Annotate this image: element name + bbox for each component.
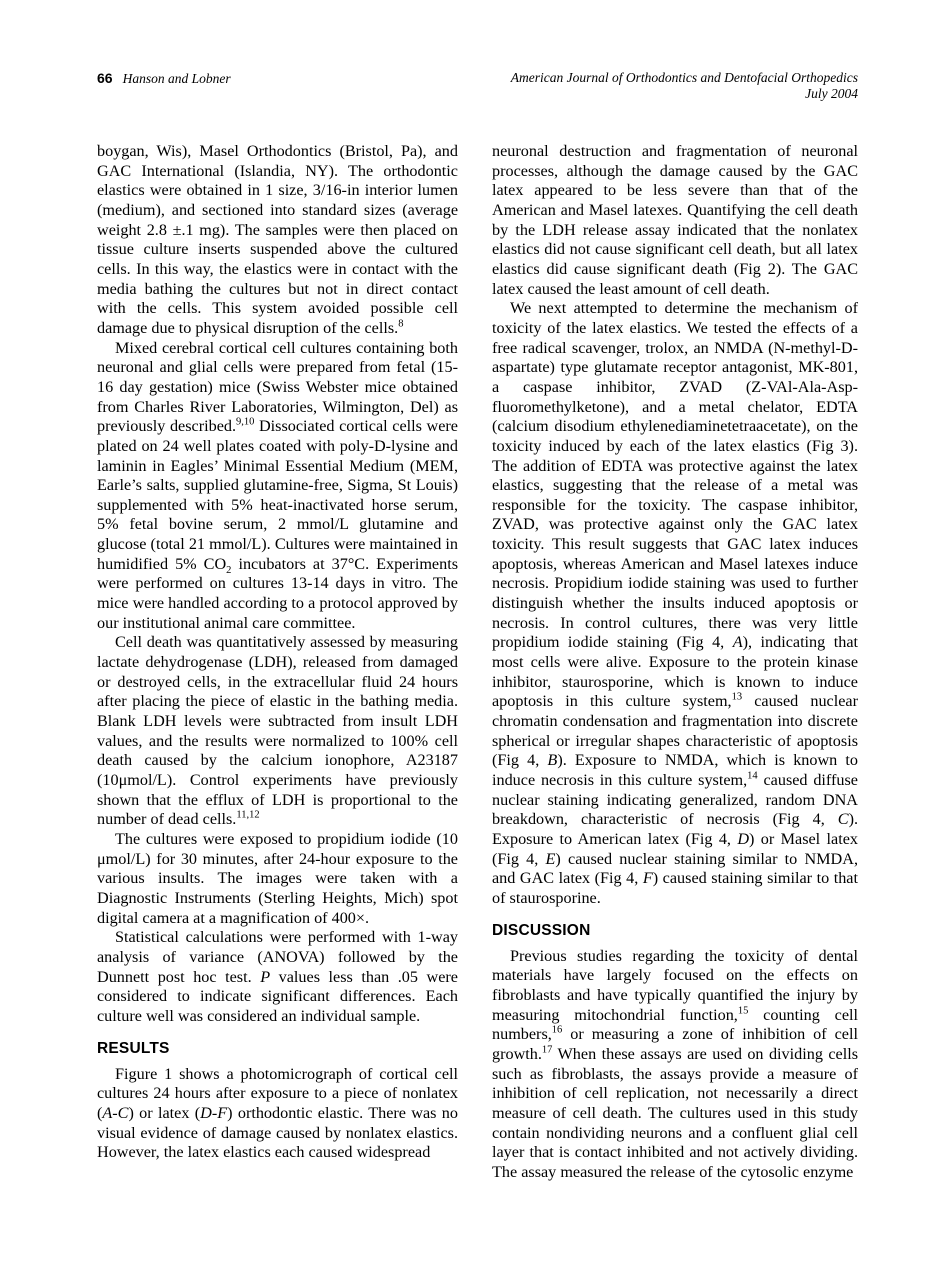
text-segment-sup: 16 (552, 1025, 563, 1036)
paragraph: Previous studies regarding the toxicity … (492, 947, 858, 1183)
text-segment-italic: P (260, 968, 270, 986)
section-heading: DISCUSSION (492, 922, 858, 940)
running-header-left: 66Hanson and Lobner (97, 70, 231, 87)
paragraph: Mixed cerebral cortical cell cultures co… (97, 339, 458, 634)
paragraph: Cell death was quantitatively assessed b… (97, 633, 458, 830)
text-segment-italic: F (643, 869, 653, 887)
text-segment: Dissociated cortical cells were plated o… (97, 417, 458, 573)
paragraph: The cultures were exposed to propidium i… (97, 830, 458, 928)
text-segment: boygan, Wis), Masel Orthodontics (Bristo… (97, 142, 458, 337)
text-segment-italic: A-C (102, 1104, 128, 1122)
paragraph: Figure 1 shows a photomicrograph of cort… (97, 1065, 458, 1163)
journal-page: 66Hanson and Lobner American Journal of … (0, 0, 950, 1272)
text-segment-italic: D (737, 830, 749, 848)
paragraph: boygan, Wis), Masel Orthodontics (Bristo… (97, 142, 458, 339)
running-authors: Hanson and Lobner (123, 71, 231, 86)
text-segment-italic: C (838, 810, 849, 828)
text-segment: The cultures were exposed to propidium i… (97, 830, 458, 927)
text-segment-sup: 11,12 (236, 810, 259, 821)
running-header: 66Hanson and Lobner American Journal of … (97, 70, 858, 102)
issue-date: July 2004 (511, 86, 858, 102)
paragraph: neuronal destruction and fragmentation o… (492, 142, 858, 299)
text-segment: Cell death was quantitatively assessed b… (97, 633, 458, 828)
paragraph: Statistical calculations were performed … (97, 928, 458, 1026)
text-segment-sup: 14 (747, 771, 758, 782)
text-segment-sup: 15 (738, 1005, 749, 1016)
text-segment-italic: B (547, 751, 557, 769)
text-segment-italic: A (733, 633, 743, 651)
text-segment: neuronal destruction and fragmentation o… (492, 142, 858, 298)
text-segment-sup: 17 (542, 1044, 553, 1055)
text-segment-sup: 9,10 (236, 417, 254, 428)
paragraph: We next attempted to determine the mecha… (492, 299, 858, 908)
journal-name: American Journal of Orthodontics and Den… (511, 70, 858, 86)
right-column: neuronal destruction and fragmentation o… (492, 142, 858, 1182)
text-segment: ) or latex ( (128, 1104, 200, 1122)
page-number: 66 (97, 70, 113, 86)
section-heading: RESULTS (97, 1040, 458, 1058)
text-segment: When these assays are used on dividing c… (492, 1045, 858, 1181)
text-segment-sup: 13 (732, 692, 743, 703)
left-column: boygan, Wis), Masel Orthodontics (Bristo… (97, 142, 458, 1163)
text-segment-italic: E (546, 850, 556, 868)
running-header-right: American Journal of Orthodontics and Den… (511, 70, 858, 102)
text-segment-italic: D-F (200, 1104, 227, 1122)
text-segment-sup: 8 (398, 319, 403, 330)
text-segment: We next attempted to determine the mecha… (492, 299, 858, 651)
